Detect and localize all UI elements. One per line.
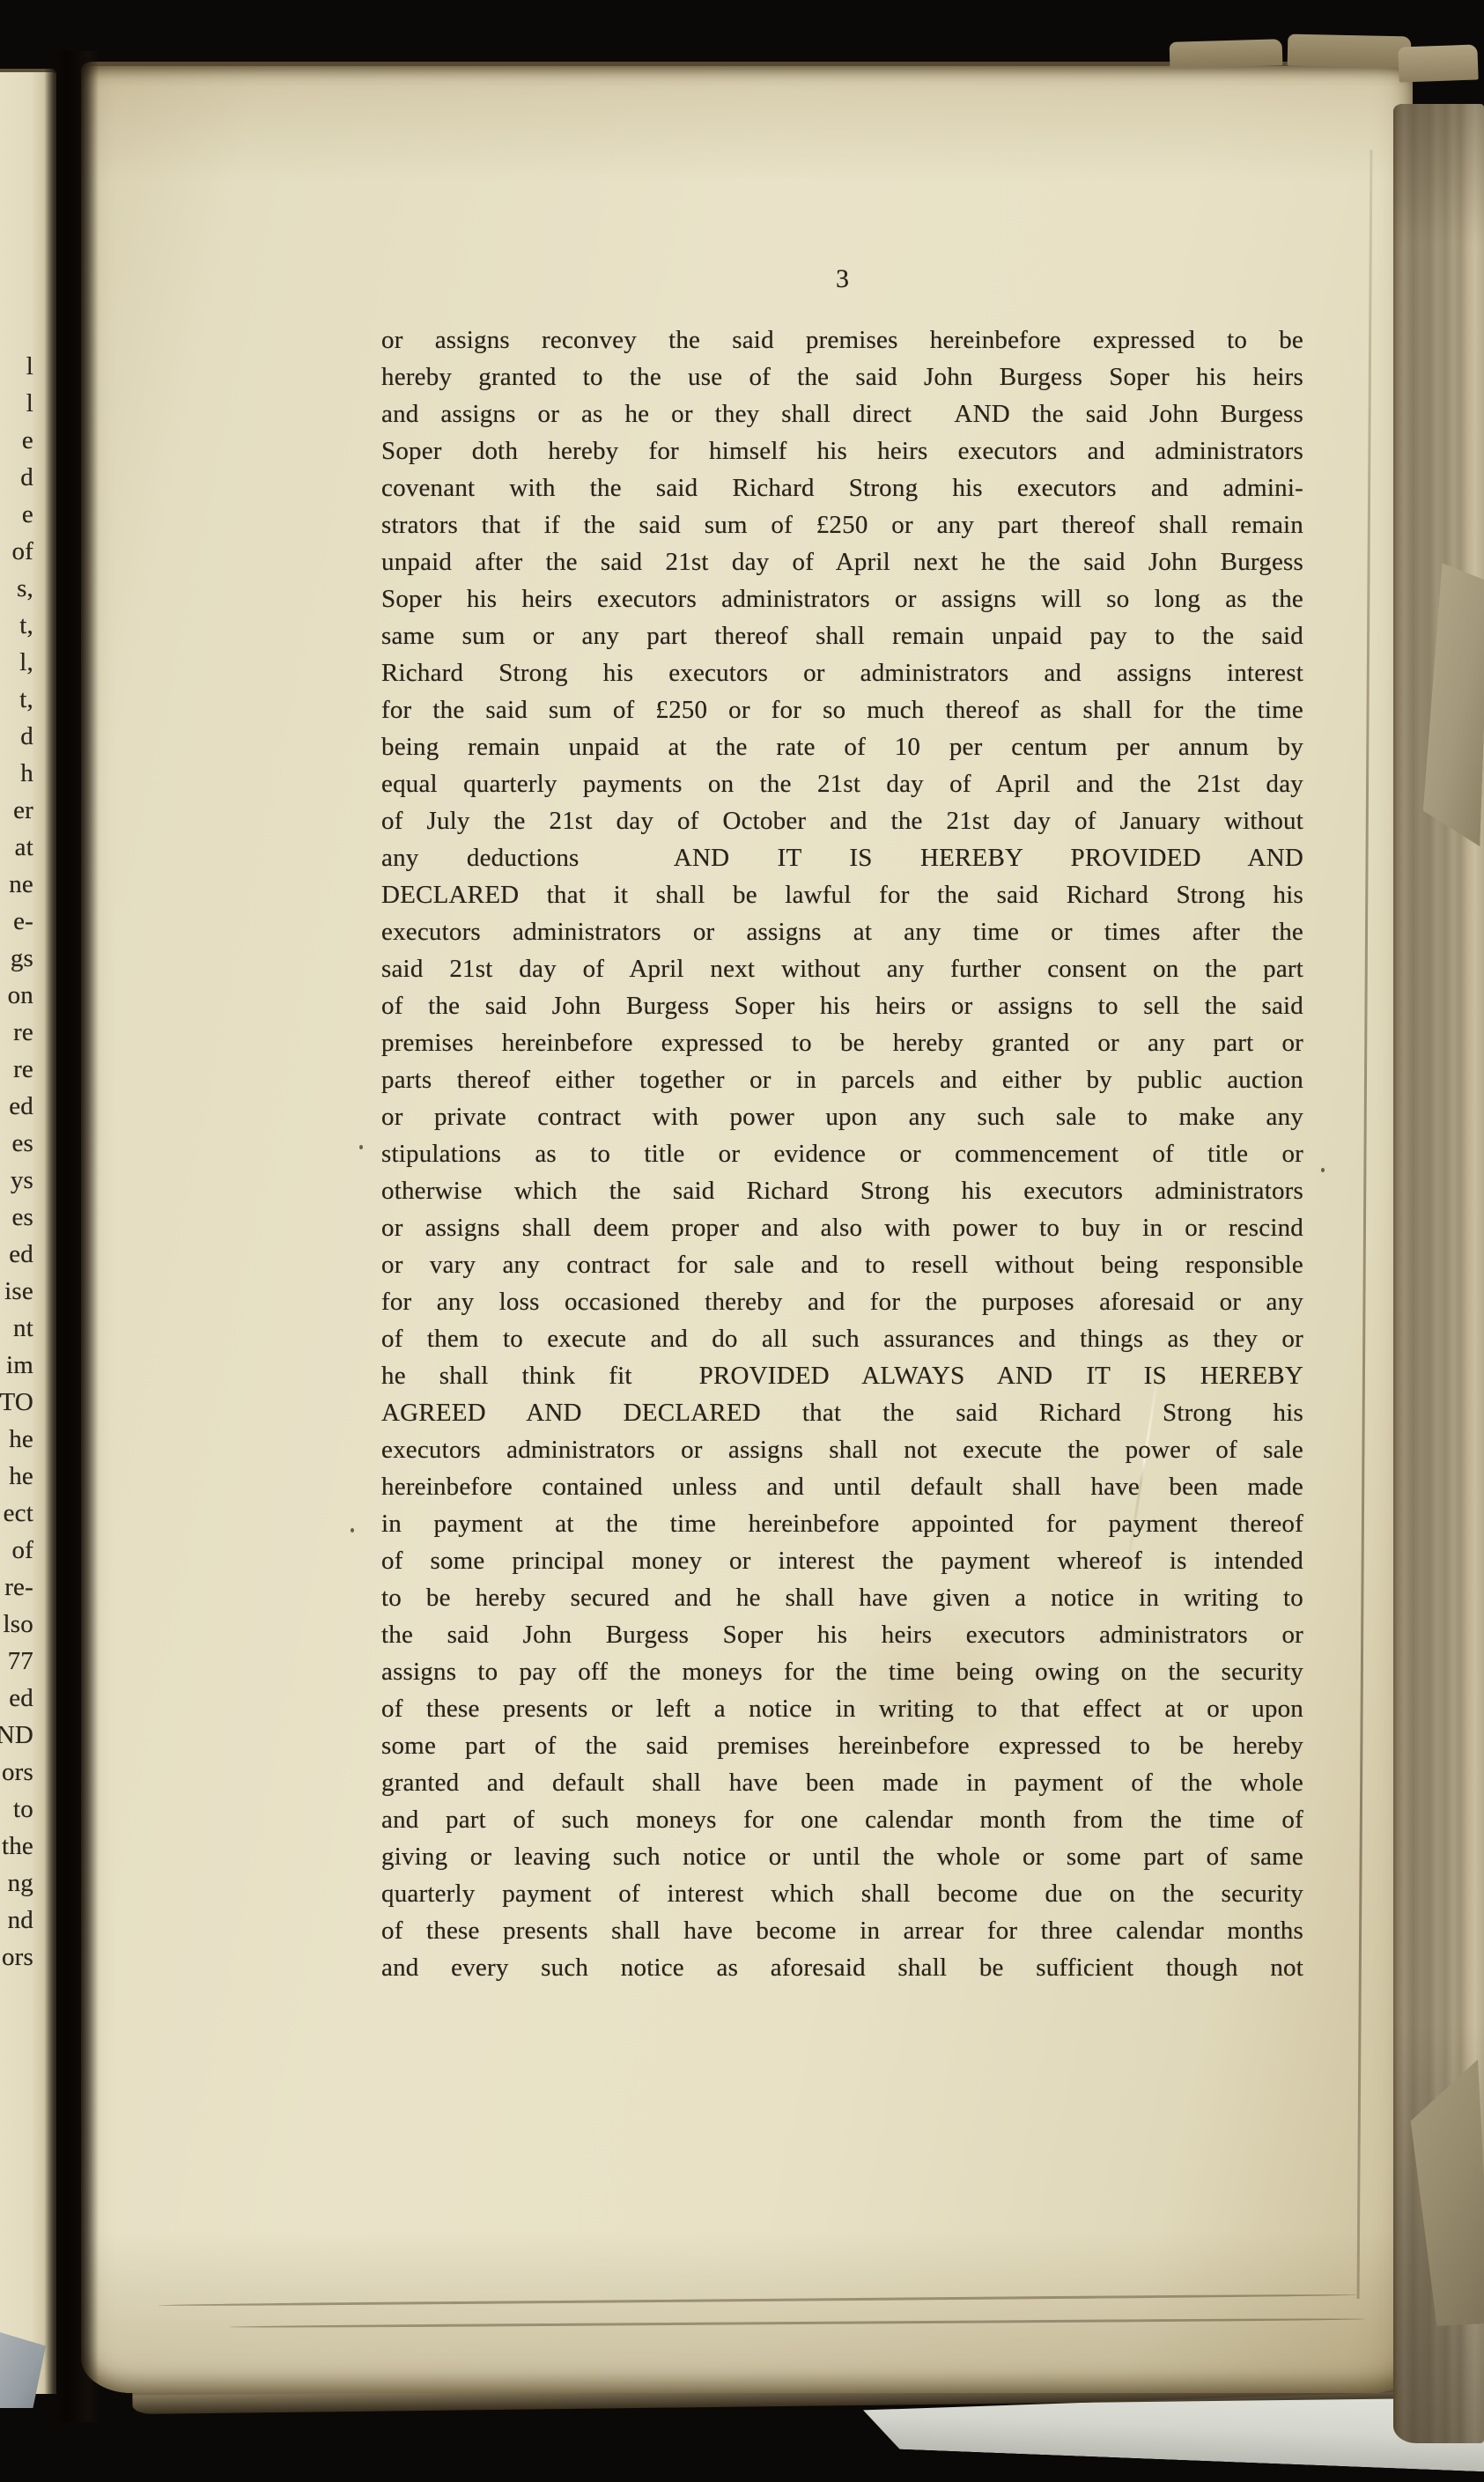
- ink-speck: [1321, 1168, 1325, 1172]
- text-fragment: re-: [0, 1569, 33, 1606]
- text-fragment: TO: [0, 1384, 33, 1421]
- text-fragment: l: [0, 385, 33, 422]
- text-fragment: he: [0, 1421, 33, 1458]
- text-fragment: to: [0, 1791, 33, 1828]
- text-fragment: re: [0, 1051, 33, 1088]
- text-fragment: of: [0, 1532, 33, 1569]
- text-line: or assigns shall deem proper and also wi…: [381, 1209, 1303, 1246]
- text-fragment: he: [0, 1458, 33, 1495]
- text-line: executors administrators or assigns shal…: [381, 1431, 1303, 1468]
- text-line: parts thereof either together or in parc…: [381, 1061, 1303, 1098]
- text-line: for any loss occasioned thereby and for …: [381, 1283, 1303, 1320]
- text-fragment: 77: [0, 1643, 33, 1680]
- gutter-shadow: [44, 51, 99, 2422]
- text-line: or private contract with power upon any …: [381, 1098, 1303, 1135]
- text-line: of these presents shall have become in a…: [381, 1912, 1303, 1949]
- ink-speck: [359, 1145, 363, 1149]
- text-line: and part of such moneys for one calendar…: [381, 1801, 1303, 1838]
- text-line: executors administrators or assigns at a…: [381, 913, 1303, 950]
- torn-paper-tab: [1288, 34, 1412, 69]
- text-fragment: l: [0, 348, 33, 385]
- text-fragment: s,: [0, 570, 33, 607]
- text-fragment: es: [0, 1125, 33, 1162]
- text-fragment: e: [0, 422, 33, 459]
- text-line: giving or leaving such notice or until t…: [381, 1838, 1303, 1875]
- text-line: or assigns reconvey the said premises he…: [381, 321, 1303, 358]
- book-photograph: 3 or assigns reconvey the said premises …: [0, 0, 1484, 2482]
- text-fragment: er: [0, 792, 33, 829]
- text-line: some part of the said premises hereinbef…: [381, 1727, 1303, 1764]
- text-fragment: e: [0, 496, 33, 533]
- text-fragment: ne: [0, 866, 33, 903]
- text-fragment: e-: [0, 903, 33, 940]
- text-fragment: h: [0, 755, 33, 792]
- text-fragment: d: [0, 718, 33, 755]
- text-line: of the said John Burgess Soper his heirs…: [381, 987, 1303, 1024]
- text-fragment: on: [0, 977, 33, 1014]
- text-line: hereinbefore contained unless and until …: [381, 1468, 1303, 1505]
- text-line: otherwise which the said Richard Strong …: [381, 1172, 1303, 1209]
- text-line: and assigns or as he or they shall direc…: [381, 395, 1303, 432]
- text-line: to be hereby secured and he shall have g…: [381, 1579, 1303, 1616]
- text-line: unpaid after the said 21st day of April …: [381, 543, 1303, 580]
- text-fragment: ed: [0, 1680, 33, 1717]
- text-fragment: nt: [0, 1310, 33, 1347]
- text-line: granted and default shall have been made…: [381, 1764, 1303, 1801]
- text-fragment: gs: [0, 940, 33, 977]
- text-line: strators that if the said sum of £250 or…: [381, 506, 1303, 543]
- text-fragment: ND: [0, 1717, 33, 1754]
- text-line: Soper his heirs executors administrators…: [381, 580, 1303, 617]
- text-line: being remain unpaid at the rate of 10 pe…: [381, 728, 1303, 765]
- text-fragment: ed: [0, 1236, 33, 1273]
- text-fragment: ise: [0, 1273, 33, 1310]
- text-block: or assigns reconvey the said premises he…: [381, 321, 1303, 1986]
- ink-speck: [351, 1528, 354, 1533]
- text-line: of some principal money or interest the …: [381, 1542, 1303, 1579]
- text-fragment: ors: [0, 1939, 33, 1976]
- text-fragment: ed: [0, 1088, 33, 1125]
- text-line: any deductions AND IT IS HEREBY PROVIDED…: [381, 839, 1303, 876]
- text-line: for the said sum of £250 or for so much …: [381, 691, 1303, 728]
- text-line: said 21st day of April next without any …: [381, 950, 1303, 987]
- text-fragment: the: [0, 1828, 33, 1865]
- text-fragment: l,: [0, 644, 33, 681]
- text-line: of them to execute and do all such assur…: [381, 1320, 1303, 1357]
- text-line: or vary any contract for sale and to res…: [381, 1246, 1303, 1283]
- text-line: same sum or any part thereof shall remai…: [381, 617, 1303, 654]
- text-fragment: nd: [0, 1902, 33, 1939]
- text-fragment: re: [0, 1014, 33, 1051]
- text-fragment: ys: [0, 1162, 33, 1199]
- text-line: Soper doth hereby for himself his heirs …: [381, 432, 1303, 469]
- page-number: 3: [381, 264, 1303, 294]
- text-fragment: d: [0, 459, 33, 496]
- text-line: covenant with the said Richard Strong hi…: [381, 469, 1303, 506]
- text-line: equal quarterly payments on the 21st day…: [381, 765, 1303, 802]
- text-fragment: ors: [0, 1754, 33, 1791]
- text-fragment: t,: [0, 681, 33, 718]
- facing-page-text-fragments: lledeofs,t,l,t,dheratnee-gsonrereedesyse…: [0, 348, 33, 1976]
- text-line: AGREED AND DECLARED that the said Richar…: [381, 1394, 1303, 1431]
- text-line: Richard Strong his executors or administ…: [381, 654, 1303, 691]
- text-fragment: im: [0, 1347, 33, 1384]
- torn-paper-tab: [1398, 44, 1478, 82]
- text-line: stipulations as to title or evidence or …: [381, 1135, 1303, 1172]
- text-line: premises hereinbefore expressed to be he…: [381, 1024, 1303, 1061]
- text-line: he shall think fit PROVIDED ALWAYS AND I…: [381, 1357, 1303, 1394]
- text-fragment: t,: [0, 607, 33, 644]
- text-line: hereby granted to the use of the said Jo…: [381, 358, 1303, 395]
- text-line: the said John Burgess Soper his heirs ex…: [381, 1616, 1303, 1653]
- text-line: of these presents or left a notice in wr…: [381, 1690, 1303, 1727]
- text-line: assigns to pay off the moneys for the ti…: [381, 1653, 1303, 1690]
- text-fragment: lso: [0, 1606, 33, 1643]
- text-line: quarterly payment of interest which shal…: [381, 1875, 1303, 1912]
- text-fragment: es: [0, 1199, 33, 1236]
- text-line: of July the 21st day of October and the …: [381, 802, 1303, 839]
- text-line: and every such notice as aforesaid shall…: [381, 1949, 1303, 1986]
- text-line: DECLARED that it shall be lawful for the…: [381, 876, 1303, 913]
- text-fragment: ng: [0, 1865, 33, 1902]
- torn-paper-tab: [1170, 39, 1283, 69]
- text-fragment: of: [0, 533, 33, 570]
- text-fragment: ect: [0, 1495, 33, 1532]
- text-fragment: at: [0, 829, 33, 866]
- text-line: in payment at the time hereinbefore appo…: [381, 1505, 1303, 1542]
